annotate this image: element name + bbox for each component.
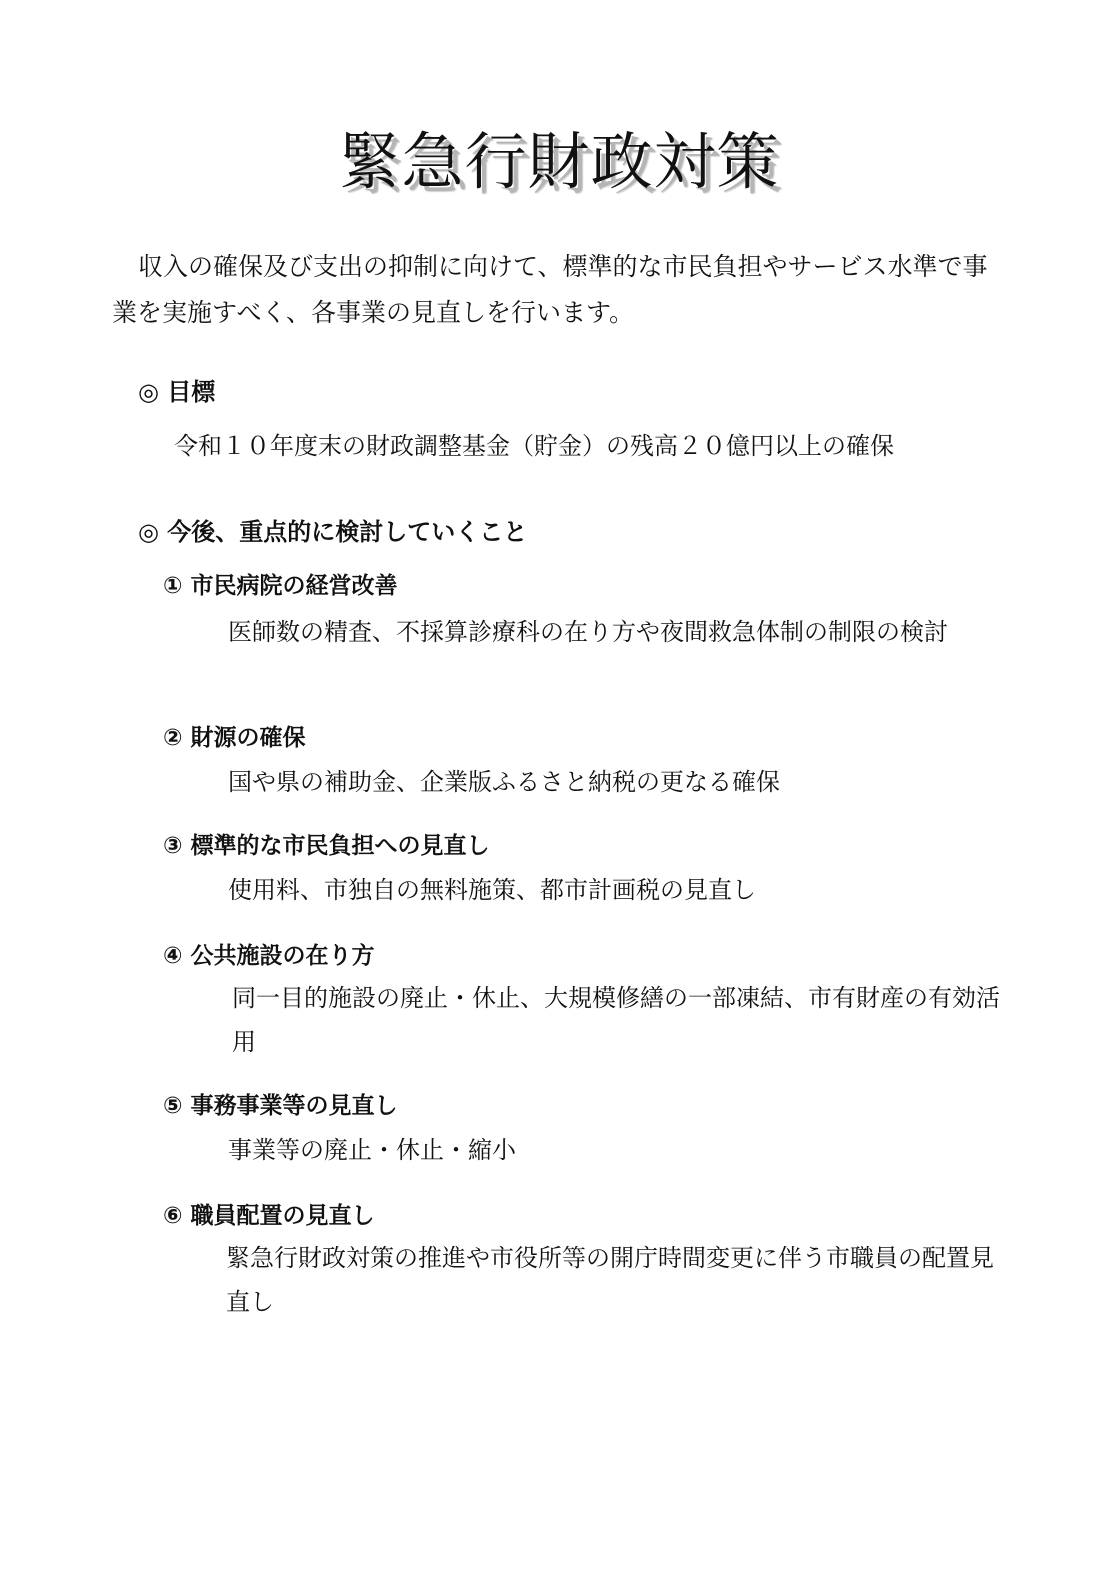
item-desc: 緊急行財政対策の推進や市役所等の開庁時間変更に伴う市職員の配置見直し <box>226 1236 996 1324</box>
item-title: ④ 公共施設の在り方 <box>163 940 374 972</box>
item-title: ⑤ 事務事業等の見直し <box>163 1090 397 1122</box>
goal-heading: ◎ 目標 <box>138 376 215 408</box>
item-title: ⑥ 職員配置の見直し <box>163 1200 374 1232</box>
item-desc: 国や県の補助金、企業版ふるさと納税の更なる確保 <box>228 760 998 804</box>
item-desc: 使用料、市独自の無料施策、都市計画税の見直し <box>228 868 998 912</box>
goal-text: 令和１０年度末の財政調整基金（貯金）の残高２０億円以上の確保 <box>174 424 894 468</box>
document-title: 緊急行財政対策 <box>0 112 1118 201</box>
item-desc: 事業等の廃止・休止・縮小 <box>228 1128 998 1172</box>
item-title: ① 市民病院の経営改善 <box>163 570 397 602</box>
item-desc: 同一目的施設の廃止・休止、大規模修繕の一部凍結、市有財産の有効活用 <box>232 976 1002 1064</box>
item-title: ③ 標準的な市民負担への見直し <box>163 830 489 862</box>
intro-paragraph: 収入の確保及び支出の抑制に向けて、標準的な市民負担やサービス水準で事業を実施すべ… <box>112 244 992 336</box>
focus-heading: ◎ 今後、重点的に検討していくこと <box>138 516 527 548</box>
item-desc: 医師数の精査、不採算診療科の在り方や夜間救急体制の制限の検討 <box>228 610 998 654</box>
item-title: ② 財源の確保 <box>163 722 305 754</box>
